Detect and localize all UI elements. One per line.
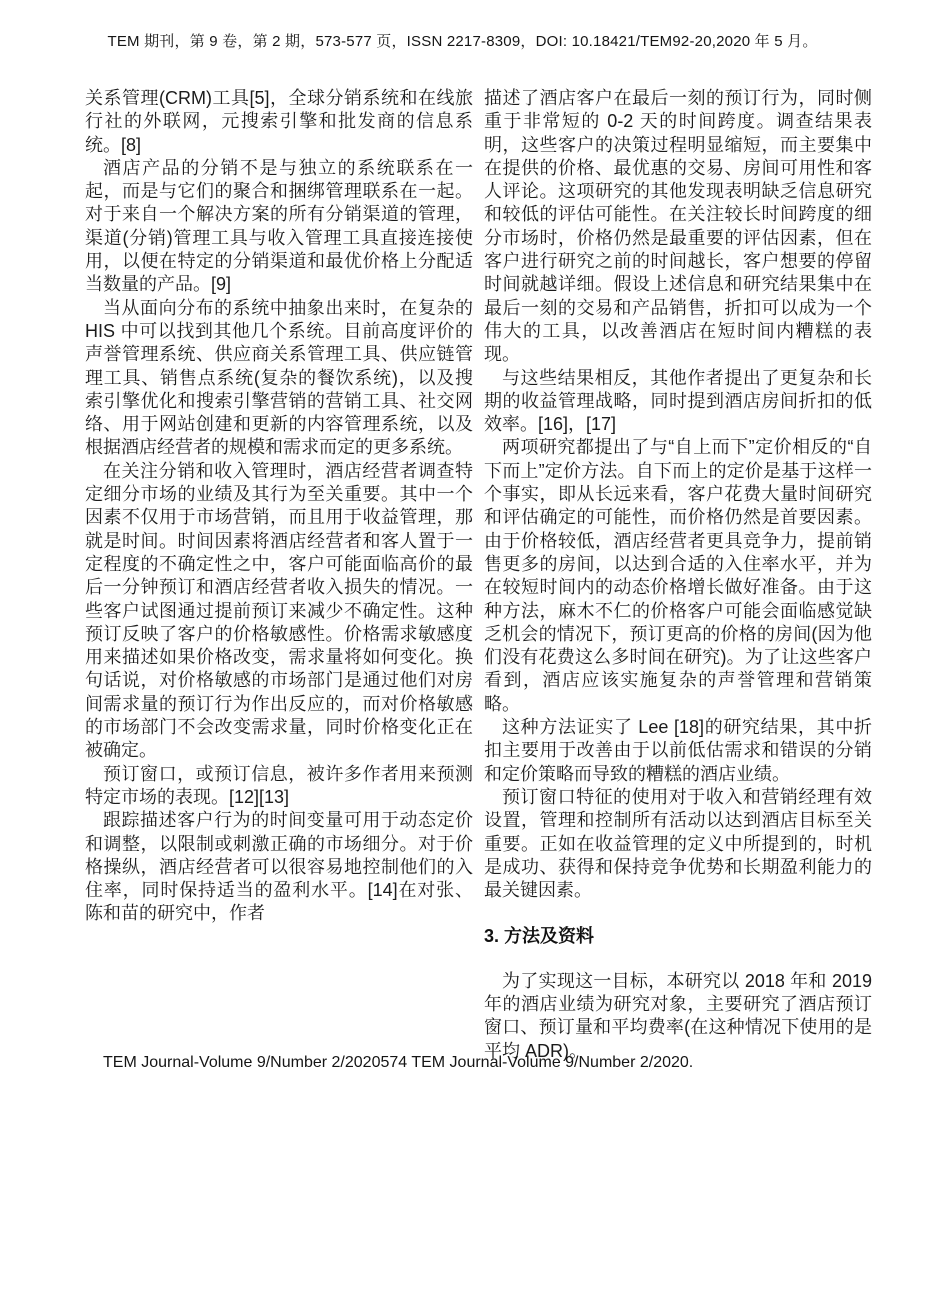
paragraph: 预订窗口特征的使用对于收入和营销经理有效设置，管理和控制所有活动以达到酒店目标至…: [484, 786, 872, 902]
paragraph: 为了实现这一目标，本研究以 2018 年和 2019 年的酒店业绩为研究对象，主…: [484, 970, 872, 1063]
two-column-body: 关系管理(CRM)工具[5]，全球分销系统和在线旅行社的外联网，元搜索引擎和批发…: [85, 87, 872, 1063]
journal-citation-header: TEM 期刊，第 9 卷，第 2 期，573-577 页，ISSN 2217-8…: [0, 30, 925, 51]
paragraph: 当从面向分布的系统中抽象出来时，在复杂的HIS 中可以找到其他几个系统。目前高度…: [85, 297, 473, 460]
paragraph: 酒店产品的分销不是与独立的系统联系在一起，而是与它们的聚合和捆绑管理联系在一起。…: [85, 157, 473, 297]
left-column: 关系管理(CRM)工具[5]，全球分销系统和在线旅行社的外联网，元搜索引擎和批发…: [85, 87, 473, 1063]
paragraph: 两项研究都提出了与“自上而下”定价相反的“自下而上”定价方法。自下而上的定价是基…: [484, 436, 872, 716]
section-heading-methods: 3. 方法及资料: [484, 925, 872, 948]
document-page: TEM 期刊，第 9 卷，第 2 期，573-577 页，ISSN 2217-8…: [0, 0, 925, 1309]
paragraph: 在关注分销和收入管理时，酒店经营者调查特定细分市场的业绩及其行为至关重要。其中一…: [85, 460, 473, 763]
paragraph: 跟踪描述客户行为的时间变量可用于动态定价和调整，以限制或刺激正确的市场细分。对于…: [85, 809, 473, 925]
paragraph: 描述了酒店客户在最后一刻的预订行为，同时侧重于非常短的 0-2 天的时间跨度。调…: [484, 87, 872, 367]
paragraph: 这种方法证实了 Lee [18]的研究结果，其中折扣主要用于改善由于以前低估需求…: [484, 716, 872, 786]
paragraph: 关系管理(CRM)工具[5]，全球分销系统和在线旅行社的外联网，元搜索引擎和批发…: [85, 87, 473, 157]
paragraph: 与这些结果相反，其他作者提出了更复杂和长期的收益管理战略，同时提到酒店房间折扣的…: [484, 367, 872, 437]
page-footer-journal-line: TEM Journal-Volume 9/Number 2/2020574 TE…: [103, 1054, 693, 1072]
right-column: 描述了酒店客户在最后一刻的预订行为，同时侧重于非常短的 0-2 天的时间跨度。调…: [484, 87, 872, 1063]
paragraph: 预订窗口，或预订信息，被许多作者用来预测特定市场的表现。[12][13]: [85, 763, 473, 810]
